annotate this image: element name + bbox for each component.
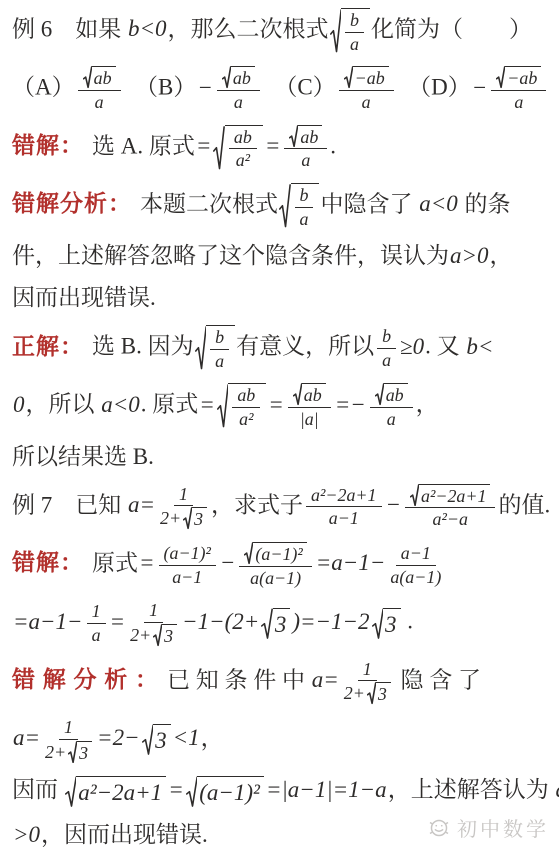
sqrt-radical: 3 xyxy=(153,624,177,647)
math-run: a−1 xyxy=(400,543,432,564)
text-run: （A） xyxy=(12,75,75,100)
text-run: ，因而出现错误. xyxy=(41,822,208,847)
radicand: ab xyxy=(302,383,326,406)
fraction: a²−2a+1a²−a xyxy=(405,484,495,530)
math-run: 0 xyxy=(12,392,26,417)
radical-sign-icon xyxy=(375,383,384,406)
radical-sign-icon xyxy=(293,383,302,406)
math-run: a xyxy=(386,409,397,430)
text-run: 化简为（ ） xyxy=(371,16,532,41)
radicand: aba² xyxy=(225,125,263,171)
text-run: 中隐含了 xyxy=(320,191,418,216)
math-run: a<0 xyxy=(100,392,141,417)
radical-sign-icon xyxy=(217,383,229,429)
watermark: 初中数学 xyxy=(428,813,549,842)
radical-sign-icon xyxy=(367,682,376,705)
document-lines: 例 6 如果 b<0，那么二次根式ba化简为（ ）（A）aba （B）−aba … xyxy=(12,8,547,850)
denominator: a−1 xyxy=(171,566,203,588)
doc-line: 错解：选 A. 原式=aba²=aba. xyxy=(12,125,547,171)
numerator: ab xyxy=(232,385,260,408)
sqrt-radical: aba² xyxy=(213,125,262,171)
denominator: a² xyxy=(235,149,251,171)
radical-sign-icon xyxy=(183,507,192,530)
doc-line: 错解：原式=(a−1)²a−1−(a−1)²a(a−1)=a−1−a−1a(a−… xyxy=(12,542,547,588)
math-run: a>0 xyxy=(449,243,490,268)
text-run: 例 7 已知 xyxy=(12,492,127,517)
denominator: |a| xyxy=(299,408,320,430)
text-run: （C） xyxy=(263,75,336,100)
denominator: a²−a xyxy=(432,508,469,530)
math-run: (a−1)² xyxy=(254,544,303,565)
math-run: a xyxy=(233,92,244,113)
doc-line: 所以结果选 B. xyxy=(12,442,547,472)
numerator: 1 xyxy=(358,659,377,682)
radical-sign-icon xyxy=(289,125,298,148)
math-run: a xyxy=(349,34,360,55)
numerator: 1 xyxy=(144,600,163,623)
radical-sign-icon xyxy=(279,183,291,229)
fraction: 12+3 xyxy=(44,717,93,763)
doc-line: a=12+3=2−3<1， xyxy=(12,717,547,763)
fraction: ab|a| xyxy=(288,383,331,429)
denominator: a xyxy=(233,91,244,113)
fraction: 12+3 xyxy=(343,659,392,705)
numerator: b xyxy=(377,326,396,349)
text-run: ，求式子 xyxy=(211,492,303,517)
math-run: a xyxy=(361,92,372,113)
numerator: 1 xyxy=(174,484,193,507)
radicand: ab xyxy=(92,66,116,89)
numerator: ab xyxy=(288,383,331,408)
denominator: a xyxy=(299,208,310,230)
math-run: b<0 xyxy=(127,16,168,41)
math-run: = xyxy=(138,550,156,575)
math-run: (a−1)² xyxy=(163,543,212,564)
section-label: 错解： xyxy=(12,133,84,158)
fraction: a²−2a+1a−1 xyxy=(306,485,381,529)
math-run: 2+ xyxy=(343,683,366,704)
numerator: b xyxy=(345,10,364,33)
text-run: 的值. xyxy=(498,492,550,517)
math-run: (a−1)² xyxy=(198,778,261,808)
math-run: =|a−1|=1−a xyxy=(265,777,388,802)
fraction: 1a xyxy=(87,601,106,645)
doc-line: 错 解 分 析 ：已 知 条 件 中 a=12+3 隐 含 了 xyxy=(12,659,547,705)
math-run: b xyxy=(214,327,225,348)
fraction: ba xyxy=(210,327,229,371)
text-run: 原式 xyxy=(92,550,138,575)
math-run: a² xyxy=(238,409,254,430)
numerator: b xyxy=(295,185,314,208)
math-run: − xyxy=(471,75,489,100)
denominator: a xyxy=(300,149,311,171)
math-run: a<0 xyxy=(418,191,459,216)
math-run: a= xyxy=(127,492,156,517)
sqrt-radical: aba² xyxy=(217,383,266,429)
radical-sign-icon xyxy=(330,8,342,54)
math-run: a xyxy=(300,150,311,171)
math-run: ab xyxy=(303,385,323,406)
sqrt-radical: ab xyxy=(289,125,322,148)
numerator: a−1 xyxy=(396,543,436,566)
math-run: b< xyxy=(465,334,494,359)
numerator: b xyxy=(210,327,229,350)
math-run: =− xyxy=(334,392,367,417)
fraction: 12+3 xyxy=(129,600,178,646)
fraction: aba xyxy=(78,66,121,112)
math-run: b xyxy=(299,185,310,206)
section-label: 正解： xyxy=(12,334,84,359)
doc-line: 件，上述解答忽略了这个隐含条件，误认为a>0， xyxy=(12,241,547,271)
sqrt-radical: 3 xyxy=(183,507,207,530)
text-run: 选 A. 原式 xyxy=(92,133,195,158)
math-run: a= xyxy=(311,667,340,692)
fraction: aba xyxy=(370,383,413,429)
watermark-label: 初中数学 xyxy=(457,813,549,842)
radicand: −ab xyxy=(353,66,389,89)
denominator: a² xyxy=(238,408,254,430)
text-run: . 原式 xyxy=(141,392,199,417)
radical-sign-icon xyxy=(83,66,92,89)
doc-line: 因而出现错误. xyxy=(12,283,547,313)
denominator: a xyxy=(94,91,105,113)
math-run: =a−1− xyxy=(315,550,387,575)
math-run: 1 xyxy=(362,659,373,680)
radical-sign-icon xyxy=(244,542,253,565)
doc-line: （A）aba （B）−aba （C）−aba （D）−−aba xyxy=(12,66,547,112)
math-run: =a−1− xyxy=(12,609,84,634)
sqrt-radical: ab xyxy=(293,383,326,406)
section-label: 错解分析： xyxy=(12,191,132,216)
radical-sign-icon xyxy=(372,608,384,640)
math-run: 2+ xyxy=(159,508,182,529)
radicand: ab xyxy=(231,66,255,89)
numerator: (a−1)² xyxy=(239,542,311,567)
fraction: 12+3 xyxy=(159,484,208,530)
denominator: a xyxy=(513,91,524,113)
math-run: 3 xyxy=(193,509,204,530)
fraction: ba xyxy=(377,326,396,370)
math-run: >0 xyxy=(12,822,41,847)
math-run: −ab xyxy=(506,68,538,89)
numerator: ab xyxy=(370,383,413,408)
math-run: 2+ xyxy=(44,742,67,763)
text-run: （D） xyxy=(397,75,471,100)
radical-sign-icon xyxy=(344,66,353,89)
math-run: = xyxy=(167,777,185,802)
denominator: a xyxy=(381,349,392,371)
doc-line: 正解：选 B. 因为ba有意义，所以ba≥0. 又 b< xyxy=(12,325,547,371)
numerator: ab xyxy=(229,127,257,150)
sqrt-radical: 3 xyxy=(372,608,401,640)
text-run: . xyxy=(402,609,414,634)
math-run: 2+ xyxy=(129,625,152,646)
math-run: ab xyxy=(233,127,253,148)
math-run: ab xyxy=(93,68,113,89)
text-run: ， xyxy=(490,243,513,268)
denominator: a xyxy=(349,33,360,55)
radicand: 3 xyxy=(192,507,207,530)
text-run: 因而 xyxy=(12,777,64,802)
numerator: (a−1)² xyxy=(159,543,216,566)
math-run: 3 xyxy=(377,684,388,705)
doc-line: 错解分析：本题二次根式ba中隐含了 a<0 的条 xyxy=(12,183,547,229)
text-run: 所以结果选 B. xyxy=(12,444,154,469)
fraction: ba xyxy=(345,10,364,54)
numerator: ab xyxy=(217,66,260,91)
math-run: 3 xyxy=(163,626,174,647)
fraction: a−1a(a−1) xyxy=(389,543,442,587)
radicand: 3 xyxy=(376,682,391,705)
radical-sign-icon xyxy=(195,325,207,371)
math-run: −1−(2+ xyxy=(181,609,260,634)
math-run: a²−2a+1 xyxy=(420,486,487,507)
sqrt-radical: −ab xyxy=(496,66,541,89)
sqrt-radical: (a−1)² xyxy=(186,776,264,808)
numerator: ab xyxy=(284,125,327,150)
denominator: 2+3 xyxy=(44,740,93,764)
text-run: 选 B. 因为 xyxy=(92,334,194,359)
numerator: a²−2a+1 xyxy=(306,485,381,508)
fraction: −aba xyxy=(491,66,546,112)
radical-sign-icon xyxy=(186,776,198,808)
sqrt-radical: ba xyxy=(330,8,370,54)
denominator: a(a−1) xyxy=(249,567,302,589)
sqrt-radical: (a−1)² xyxy=(244,542,306,565)
math-run: = xyxy=(267,392,285,417)
math-run: <1 xyxy=(172,725,201,750)
doc-line: 因而 a²−2a+1=(a−1)²=|a−1|=1−a，上述解答认为 a−1 xyxy=(12,775,547,808)
math-run: b xyxy=(349,10,360,31)
radical-sign-icon xyxy=(142,724,154,756)
math-run: ab xyxy=(299,127,319,148)
radical-sign-icon xyxy=(222,66,231,89)
radical-sign-icon xyxy=(213,125,225,171)
radicand: ba xyxy=(291,183,320,229)
denominator: a−1 xyxy=(328,507,360,529)
radical-sign-icon xyxy=(410,484,419,507)
sqrt-radical: ab xyxy=(83,66,116,89)
numerator: −ab xyxy=(491,66,546,91)
math-run: 3 xyxy=(274,610,288,640)
text-run: . xyxy=(330,133,336,158)
math-run: a xyxy=(94,92,105,113)
section-label: 错 解 分 析 ： xyxy=(12,667,159,692)
math-run: a²−2a+1 xyxy=(77,778,163,808)
sqrt-radical: ab xyxy=(375,383,408,406)
sqrt-radical: 3 xyxy=(68,741,92,764)
radical-sign-icon xyxy=(65,776,77,808)
radicand: 3 xyxy=(383,608,401,640)
math-document: 例 6 如果 b<0，那么二次根式ba化简为（ ）（A）aba （B）−aba … xyxy=(0,0,559,856)
math-run: a² xyxy=(235,150,251,171)
radical-sign-icon xyxy=(68,741,77,764)
math-run: |a| xyxy=(299,409,320,430)
fraction: aba² xyxy=(232,385,260,429)
math-run: − xyxy=(219,550,237,575)
radicand: 3 xyxy=(77,741,92,764)
math-run: 1 xyxy=(63,717,74,738)
math-run: = xyxy=(109,609,127,634)
radicand: ab xyxy=(298,125,322,148)
section-label: 错解： xyxy=(12,550,84,575)
math-run: − xyxy=(385,492,403,517)
numerator: ab xyxy=(78,66,121,91)
math-run: 3 xyxy=(78,743,89,764)
math-run: = xyxy=(264,133,282,158)
radicand: ba xyxy=(341,8,370,54)
math-run: a xyxy=(513,92,524,113)
math-run: b xyxy=(381,326,392,347)
denominator: a xyxy=(386,408,397,430)
math-run: ab xyxy=(236,385,256,406)
math-run: a(a−1) xyxy=(249,568,302,589)
math-run: a²−a xyxy=(432,509,469,530)
denominator: 2+3 xyxy=(129,623,178,647)
math-run: −ab xyxy=(354,68,386,89)
radicand: −ab xyxy=(505,66,541,89)
fraction: aba² xyxy=(229,127,257,171)
math-run: )=−1−2 xyxy=(291,609,370,634)
text-run: 隐 含 了 xyxy=(395,667,481,692)
math-run: 3 xyxy=(154,726,168,756)
text-run: （B） xyxy=(124,75,197,100)
math-run: a= xyxy=(12,725,41,750)
math-run: =2− xyxy=(96,725,141,750)
doc-line: 例 7 已知 a=12+3，求式子a²−2a+1a−1−a²−2a+1a²−a的… xyxy=(12,484,547,530)
numerator: −ab xyxy=(339,66,394,91)
sqrt-radical: a²−2a+1 xyxy=(65,776,166,808)
math-run: a(a−1) xyxy=(389,567,442,588)
sqrt-radical: a²−2a+1 xyxy=(410,484,490,507)
radicand: 3 xyxy=(273,608,291,640)
text-run: 因而出现错误. xyxy=(12,285,156,310)
denominator: a(a−1) xyxy=(389,566,442,588)
math-run: 1 xyxy=(178,484,189,505)
sqrt-radical: 3 xyxy=(367,682,391,705)
radicand: ba xyxy=(206,325,235,371)
sqrt-radical: ba xyxy=(279,183,319,229)
text-run: . 又 xyxy=(425,334,465,359)
math-run: 1 xyxy=(148,600,159,621)
math-run: 1 xyxy=(91,601,102,622)
denominator: a xyxy=(91,624,102,646)
math-run: a−1 xyxy=(554,777,559,802)
math-run: ab xyxy=(232,68,252,89)
math-run: a xyxy=(214,351,225,372)
sqrt-radical: 3 xyxy=(261,608,290,640)
text-run: 本题二次根式 xyxy=(140,191,278,216)
text-run: ， xyxy=(416,392,439,417)
radicand: (a−1)² xyxy=(197,776,264,808)
math-run: a xyxy=(91,625,102,646)
radicand: aba² xyxy=(228,383,266,429)
denominator: a xyxy=(214,350,225,372)
text-run: 有意义，所以 xyxy=(236,334,374,359)
math-run: a−1 xyxy=(328,508,360,529)
sqrt-radical: ba xyxy=(195,325,235,371)
fraction: −aba xyxy=(339,66,394,112)
fraction: (a−1)²a−1 xyxy=(159,543,216,587)
brand-logo-icon xyxy=(428,817,450,839)
doc-line: 例 6 如果 b<0，那么二次根式ba化简为（ ） xyxy=(12,8,547,54)
fraction: aba xyxy=(217,66,260,112)
text-run: ， xyxy=(201,725,224,750)
text-run: ，上述解答认为 xyxy=(388,777,555,802)
sqrt-radical: 3 xyxy=(142,724,171,756)
math-run: = xyxy=(195,133,213,158)
math-run: − xyxy=(196,75,214,100)
math-run: 3 xyxy=(384,610,398,640)
fraction: (a−1)²a(a−1) xyxy=(239,542,311,588)
radical-sign-icon xyxy=(261,608,273,640)
radical-sign-icon xyxy=(153,624,162,647)
fraction: ba xyxy=(295,185,314,229)
radicand: ab xyxy=(384,383,408,406)
math-run: a−1 xyxy=(171,567,203,588)
denominator: 2+3 xyxy=(343,681,392,705)
text-run: 的条 xyxy=(459,191,511,216)
denominator: a xyxy=(361,91,372,113)
sqrt-radical: −ab xyxy=(344,66,389,89)
radicand: a²−2a+1 xyxy=(76,776,166,808)
numerator: a²−2a+1 xyxy=(405,484,495,509)
denominator: 2+3 xyxy=(159,506,208,530)
fraction: aba xyxy=(284,125,327,171)
radicand: (a−1)² xyxy=(253,542,306,565)
math-run: a²−2a+1 xyxy=(310,485,377,506)
page: { "colors": { "ink": "#2e2c2b", "red": "… xyxy=(0,0,559,856)
numerator: 1 xyxy=(59,717,78,740)
text-run: 例 6 如果 xyxy=(12,16,127,41)
math-run: = xyxy=(198,392,216,417)
doc-line: 0，所以 a<0. 原式=aba²=ab|a|=−aba， xyxy=(12,383,547,429)
radicand: 3 xyxy=(153,724,171,756)
text-run: ，所以 xyxy=(26,392,101,417)
math-run: ab xyxy=(385,385,405,406)
doc-line: =a−1−1a=12+3−1−(2+3)=−1−23 . xyxy=(12,600,547,646)
text-run: ，那么二次根式 xyxy=(168,16,329,41)
math-run: a xyxy=(381,350,392,371)
radicand: a²−2a+1 xyxy=(419,484,490,507)
radical-sign-icon xyxy=(496,66,505,89)
numerator: 1 xyxy=(87,601,106,624)
math-run: ≥0 xyxy=(399,334,425,359)
sqrt-radical: ab xyxy=(222,66,255,89)
text-run: 已 知 条 件 中 xyxy=(167,667,311,692)
text-run: 件，上述解答忽略了这个隐含条件，误认为 xyxy=(12,243,449,268)
math-run: a xyxy=(299,209,310,230)
radicand: 3 xyxy=(162,624,177,647)
